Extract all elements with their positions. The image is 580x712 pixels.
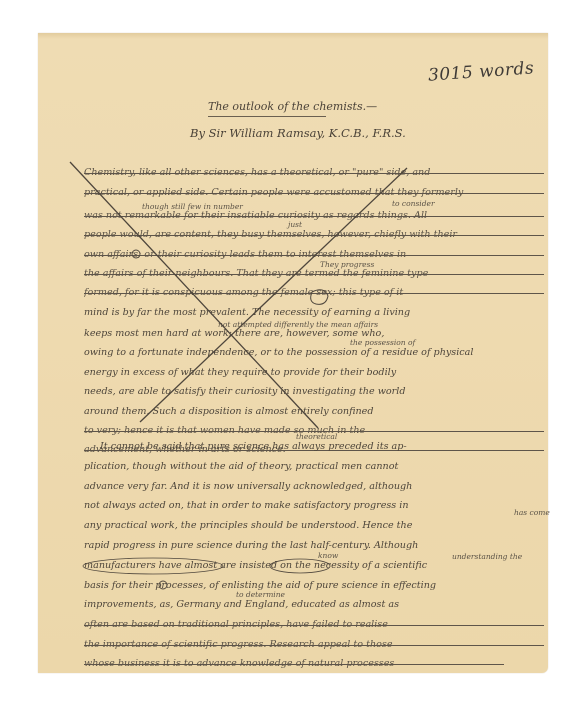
cancellation-x-mark xyxy=(0,0,580,712)
